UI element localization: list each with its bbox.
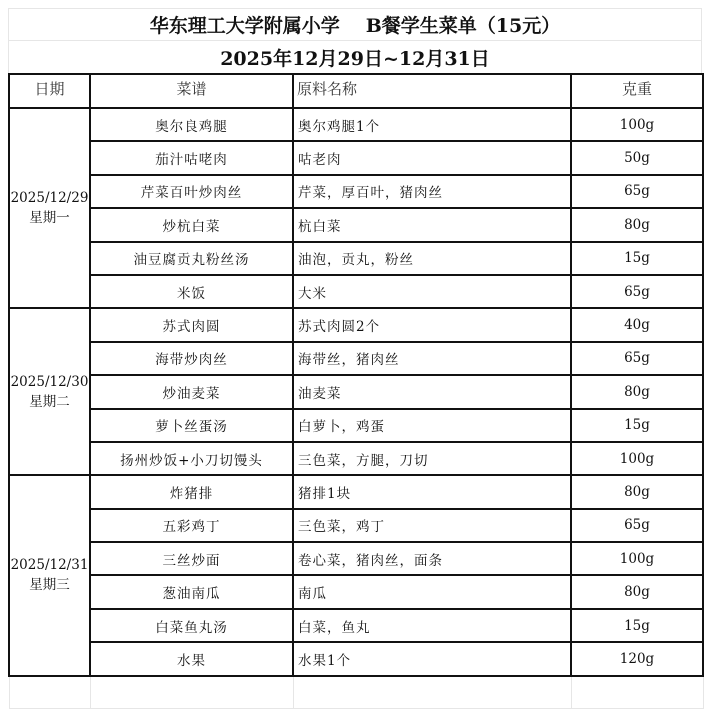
dish-name: 苏式肉圆 xyxy=(90,308,293,341)
weight: 15g xyxy=(571,609,703,642)
day-cell: 2025/12/29星期一 xyxy=(9,108,90,308)
ingredients: 苏式肉圆2个 xyxy=(293,308,571,341)
empty-row xyxy=(9,676,703,709)
table-row: 芹菜百叶炒肉丝芹菜，厚百叶，猪肉丝65g xyxy=(9,175,703,208)
dish-name: 葱油南瓜 xyxy=(90,575,293,608)
menu-sheet: 华东理工大学附属小学 B餐学生菜单（15元） 2025年12月29日~12月31… xyxy=(8,8,702,709)
weight: 80g xyxy=(571,575,703,608)
weight: 100g xyxy=(571,108,703,141)
dish-name: 海带炒肉丝 xyxy=(90,342,293,375)
ingredients: 猪排1块 xyxy=(293,475,571,508)
menu-body: 2025/12/29星期一奥尔良鸡腿奥尔鸡腿1个100g茄汁咕咾肉咕老肉50g芹… xyxy=(9,108,703,676)
header-ingredients: 原料名称 xyxy=(293,74,571,108)
menu-table: 日期 菜谱 原料名称 克重 2025/12/29星期一奥尔良鸡腿奥尔鸡腿1个10… xyxy=(8,73,704,709)
table-row: 2025/12/29星期一奥尔良鸡腿奥尔鸡腿1个100g xyxy=(9,108,703,141)
dish-name: 白菜鱼丸汤 xyxy=(90,609,293,642)
empty-cell xyxy=(293,676,571,709)
weight: 65g xyxy=(571,342,703,375)
ingredients: 奥尔鸡腿1个 xyxy=(293,108,571,141)
table-row: 2025/12/30星期二苏式肉圆苏式肉圆2个40g xyxy=(9,308,703,341)
dish-name: 芹菜百叶炒肉丝 xyxy=(90,175,293,208)
weight: 120g xyxy=(571,642,703,675)
ingredients: 白萝卜，鸡蛋 xyxy=(293,409,571,442)
header-row: 日期 菜谱 原料名称 克重 xyxy=(9,74,703,108)
school-name: 华东理工大学附属小学 xyxy=(150,11,340,38)
ingredients: 芹菜，厚百叶，猪肉丝 xyxy=(293,175,571,208)
day-cell: 2025/12/31星期三 xyxy=(9,475,90,675)
weight: 15g xyxy=(571,409,703,442)
weight: 40g xyxy=(571,308,703,341)
dish-name: 奥尔良鸡腿 xyxy=(90,108,293,141)
empty-cell xyxy=(9,676,90,709)
day-date: 2025/12/30 xyxy=(10,372,89,392)
dish-name: 炒油麦菜 xyxy=(90,375,293,408)
dish-name: 五彩鸡丁 xyxy=(90,509,293,542)
ingredients: 大米 xyxy=(293,275,571,308)
table-row: 水果水果1个120g xyxy=(9,642,703,675)
dish-name: 水果 xyxy=(90,642,293,675)
table-row: 白菜鱼丸汤白菜，鱼丸15g xyxy=(9,609,703,642)
ingredients: 三色菜，鸡丁 xyxy=(293,509,571,542)
table-row: 萝卜丝蛋汤白萝卜，鸡蛋15g xyxy=(9,409,703,442)
weight: 80g xyxy=(571,475,703,508)
day-weekday: 星期三 xyxy=(10,575,89,595)
table-row: 海带炒肉丝海带丝，猪肉丝65g xyxy=(9,342,703,375)
weight: 80g xyxy=(571,208,703,241)
table-row: 油豆腐贡丸粉丝汤油泡，贡丸，粉丝15g xyxy=(9,242,703,275)
dish-name: 萝卜丝蛋汤 xyxy=(90,409,293,442)
ingredients: 三色菜，方腿，刀切 xyxy=(293,442,571,475)
dish-name: 油豆腐贡丸粉丝汤 xyxy=(90,242,293,275)
weight: 65g xyxy=(571,175,703,208)
ingredients: 白菜，鱼丸 xyxy=(293,609,571,642)
header-date: 日期 xyxy=(9,74,90,108)
weight: 100g xyxy=(571,542,703,575)
table-row: 扬州炒饭+小刀切馒头三色菜，方腿，刀切100g xyxy=(9,442,703,475)
table-row: 茄汁咕咾肉咕老肉50g xyxy=(9,141,703,174)
date-range: 2025年12月29日~12月31日 xyxy=(8,41,702,73)
weight: 50g xyxy=(571,141,703,174)
table-row: 三丝炒面卷心菜，猪肉丝，面条100g xyxy=(9,542,703,575)
ingredients: 南瓜 xyxy=(293,575,571,608)
day-date: 2025/12/31 xyxy=(10,555,89,575)
ingredients: 杭白菜 xyxy=(293,208,571,241)
ingredients: 咕老肉 xyxy=(293,141,571,174)
empty-cell xyxy=(90,676,293,709)
weight: 65g xyxy=(571,275,703,308)
table-row: 五彩鸡丁三色菜，鸡丁65g xyxy=(9,509,703,542)
weight: 80g xyxy=(571,375,703,408)
dish-name: 炒杭白菜 xyxy=(90,208,293,241)
ingredients: 油泡，贡丸，粉丝 xyxy=(293,242,571,275)
header-weight: 克重 xyxy=(571,74,703,108)
table-row: 2025/12/31星期三炸猪排猪排1块80g xyxy=(9,475,703,508)
weight: 65g xyxy=(571,509,703,542)
header-dish: 菜谱 xyxy=(90,74,293,108)
dish-name: 茄汁咕咾肉 xyxy=(90,141,293,174)
ingredients: 油麦菜 xyxy=(293,375,571,408)
weight: 15g xyxy=(571,242,703,275)
dish-name: 扬州炒饭+小刀切馒头 xyxy=(90,442,293,475)
ingredients: 卷心菜，猪肉丝，面条 xyxy=(293,542,571,575)
dish-name: 炸猪排 xyxy=(90,475,293,508)
day-weekday: 星期二 xyxy=(10,392,89,412)
ingredients: 海带丝，猪肉丝 xyxy=(293,342,571,375)
empty-cell xyxy=(571,676,703,709)
day-cell: 2025/12/30星期二 xyxy=(9,308,90,475)
table-row: 葱油南瓜南瓜80g xyxy=(9,575,703,608)
title-row: 华东理工大学附属小学 B餐学生菜单（15元） xyxy=(8,8,702,41)
menu-title: B餐学生菜单（15元） xyxy=(366,11,561,38)
dish-name: 米饭 xyxy=(90,275,293,308)
table-row: 米饭大米65g xyxy=(9,275,703,308)
day-weekday: 星期一 xyxy=(10,208,89,228)
table-row: 炒油麦菜油麦菜80g xyxy=(9,375,703,408)
day-date: 2025/12/29 xyxy=(10,188,89,208)
dish-name: 三丝炒面 xyxy=(90,542,293,575)
table-row: 炒杭白菜杭白菜80g xyxy=(9,208,703,241)
ingredients: 水果1个 xyxy=(293,642,571,675)
weight: 100g xyxy=(571,442,703,475)
